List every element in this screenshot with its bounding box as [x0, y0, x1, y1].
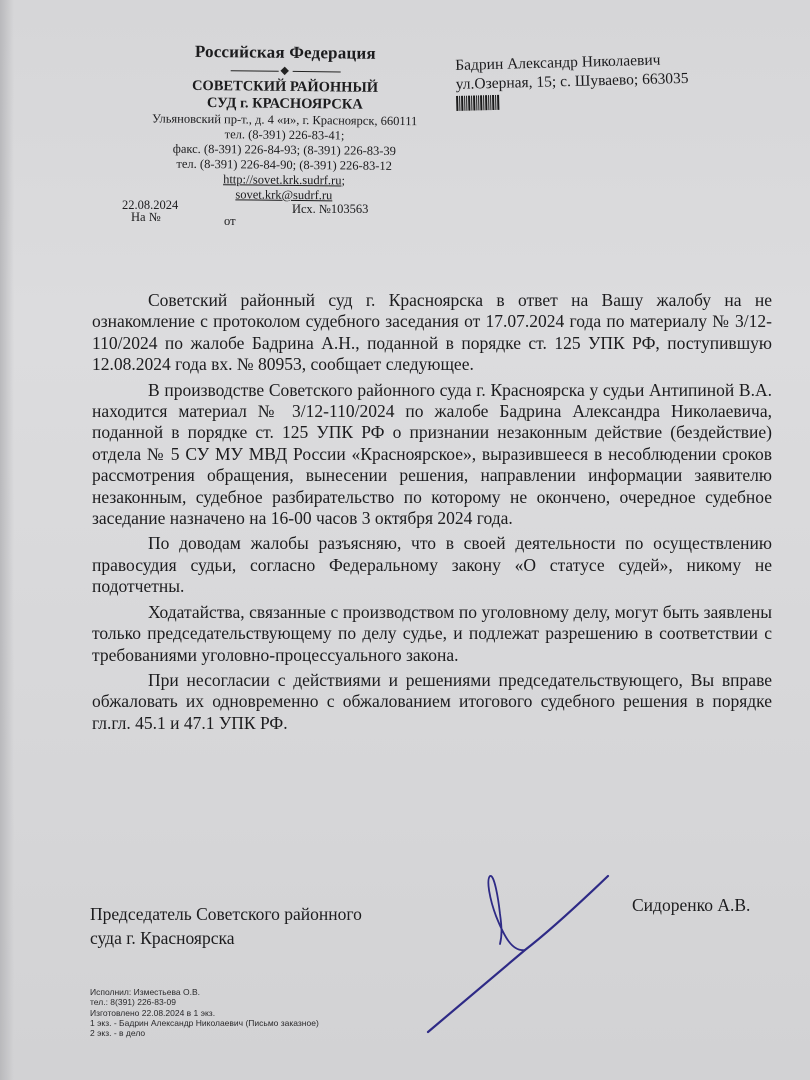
footer-copy-2: 2 экз. - в дело — [90, 1028, 319, 1038]
signer-title-line1: Председатель Советского районного — [90, 902, 362, 926]
signer-name: Сидоренко А.В. — [632, 895, 750, 916]
reference-from-label: от — [224, 214, 236, 229]
executor-footer: Исполнил: Изместьева О.В. тел.: 8(391) 2… — [90, 987, 319, 1038]
footer-made: Изготовлено 22.08.2024 в 1 экз. — [90, 1008, 319, 1018]
body-paragraph: По доводам жалобы разъясняю, что в своей… — [92, 533, 772, 597]
recipient-block: Бадрин Александр Николаевич ул.Озерная, … — [455, 50, 689, 111]
footer-executor: Исполнил: Изместьева О.В. — [90, 987, 319, 997]
signer-title-line2: суда г. Красноярска — [90, 926, 362, 950]
country-title: Российская Федерация — [108, 40, 463, 66]
body-paragraph: При несогласии с действиями и решениями … — [92, 670, 772, 734]
court-letterhead: Российская Федерация СОВЕТСКИЙ РАЙОННЫЙ … — [106, 40, 463, 205]
footer-copy-1: 1 экз. - Бадрин Александр Николаевич (Пи… — [90, 1018, 319, 1028]
letter-page: Российская Федерация СОВЕТСКИЙ РАЙОННЫЙ … — [0, 0, 810, 1080]
footer-phone: тел.: 8(391) 226-83-09 — [90, 997, 319, 1007]
divider-line — [230, 70, 278, 72]
reference-number-label: На № — [131, 210, 161, 225]
diamond-icon — [280, 67, 288, 75]
court-website-link[interactable]: http://sovet.krk.sudrf.ru — [223, 172, 342, 187]
barcode-icon — [456, 95, 502, 111]
website-suffix: ; — [341, 173, 345, 187]
body-paragraph: Советский районный суд г. Красноярска в … — [92, 290, 772, 376]
body-paragraph: В производстве Советского районного суда… — [92, 380, 772, 530]
divider-line — [292, 71, 340, 73]
handwritten-signature-icon — [420, 866, 620, 1041]
body-paragraph: Ходатайства, связанные с производством п… — [92, 602, 772, 666]
court-email-link[interactable]: sovet.krk@sudrf.ru — [235, 187, 332, 202]
signer-title: Председатель Советского районного суда г… — [90, 902, 362, 950]
letter-body: Советский районный суд г. Красноярска в … — [92, 290, 772, 738]
outgoing-number: Исх. №103563 — [292, 202, 368, 217]
ornament-divider — [230, 66, 340, 77]
